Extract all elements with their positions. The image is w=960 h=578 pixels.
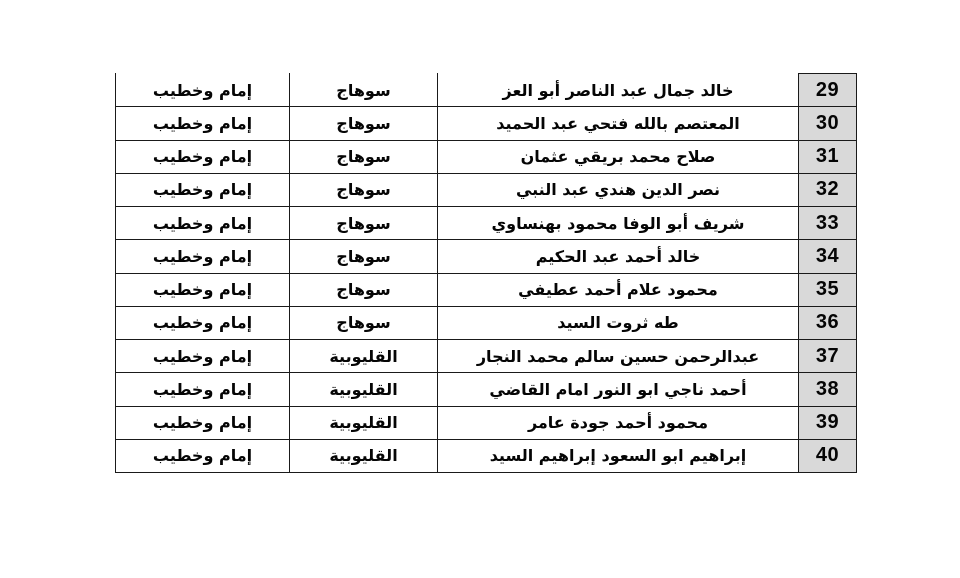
role-cell: إمام وخطيب	[116, 373, 290, 406]
role-cell: إمام وخطيب	[116, 207, 290, 240]
row-number-cell: 31	[799, 140, 857, 173]
table-row: 37 عبدالرحمن حسين سالم محمد النجار القلي…	[116, 340, 857, 373]
roster-table-body: 29 خالد جمال عبد الناصر أبو العز سوهاج إ…	[116, 74, 857, 473]
row-number-cell: 30	[799, 107, 857, 140]
role-cell: إمام وخطيب	[116, 74, 290, 107]
name-cell: خالد أحمد عبد الحكيم	[438, 240, 799, 273]
name-cell: خالد جمال عبد الناصر أبو العز	[438, 74, 799, 107]
role-cell: إمام وخطيب	[116, 140, 290, 173]
table-row: 30 المعتصم بالله فتحي عبد الحميد سوهاج إ…	[116, 107, 857, 140]
table-row: 34 خالد أحمد عبد الحكيم سوهاج إمام وخطيب	[116, 240, 857, 273]
row-number-cell: 34	[799, 240, 857, 273]
governorate-cell: سوهاج	[290, 74, 438, 107]
governorate-cell: سوهاج	[290, 107, 438, 140]
table-row: 39 محمود أحمد جودة عامر القليوبية إمام و…	[116, 406, 857, 439]
name-cell: صلاح محمد بريقي عثمان	[438, 140, 799, 173]
row-number-cell: 29	[799, 74, 857, 107]
name-cell: إبراهيم ابو السعود إبراهيم السيد	[438, 439, 799, 472]
row-number-cell: 36	[799, 306, 857, 339]
table-row: 40 إبراهيم ابو السعود إبراهيم السيد القل…	[116, 439, 857, 472]
table-row: 29 خالد جمال عبد الناصر أبو العز سوهاج إ…	[116, 74, 857, 107]
role-cell: إمام وخطيب	[116, 107, 290, 140]
name-cell: عبدالرحمن حسين سالم محمد النجار	[438, 340, 799, 373]
name-cell: محمود علام أحمد عطيفي	[438, 273, 799, 306]
name-cell: المعتصم بالله فتحي عبد الحميد	[438, 107, 799, 140]
row-number-cell: 32	[799, 173, 857, 206]
governorate-cell: سوهاج	[290, 240, 438, 273]
row-number-cell: 38	[799, 373, 857, 406]
table-row: 31 صلاح محمد بريقي عثمان سوهاج إمام وخطي…	[116, 140, 857, 173]
governorate-cell: سوهاج	[290, 140, 438, 173]
table-row: 33 شريف أبو الوفا محمود بهنساوي سوهاج إم…	[116, 207, 857, 240]
governorate-cell: القليوبية	[290, 406, 438, 439]
row-number-cell: 40	[799, 439, 857, 472]
row-number-cell: 35	[799, 273, 857, 306]
role-cell: إمام وخطيب	[116, 273, 290, 306]
governorate-cell: سوهاج	[290, 207, 438, 240]
table-row: 32 نصر الدين هندي عبد النبي سوهاج إمام و…	[116, 173, 857, 206]
document-page: 29 خالد جمال عبد الناصر أبو العز سوهاج إ…	[0, 0, 960, 578]
governorate-cell: سوهاج	[290, 173, 438, 206]
name-cell: أحمد ناجي ابو النور امام القاضي	[438, 373, 799, 406]
role-cell: إمام وخطيب	[116, 306, 290, 339]
table-row: 36 طه ثروت السيد سوهاج إمام وخطيب	[116, 306, 857, 339]
table-row: 38 أحمد ناجي ابو النور امام القاضي القلي…	[116, 373, 857, 406]
name-cell: شريف أبو الوفا محمود بهنساوي	[438, 207, 799, 240]
role-cell: إمام وخطيب	[116, 240, 290, 273]
role-cell: إمام وخطيب	[116, 173, 290, 206]
role-cell: إمام وخطيب	[116, 406, 290, 439]
name-cell: نصر الدين هندي عبد النبي	[438, 173, 799, 206]
governorate-cell: سوهاج	[290, 306, 438, 339]
governorate-cell: القليوبية	[290, 439, 438, 472]
governorate-cell: القليوبية	[290, 373, 438, 406]
governorate-cell: سوهاج	[290, 273, 438, 306]
row-number-cell: 39	[799, 406, 857, 439]
role-cell: إمام وخطيب	[116, 340, 290, 373]
name-cell: طه ثروت السيد	[438, 306, 799, 339]
name-cell: محمود أحمد جودة عامر	[438, 406, 799, 439]
table-row: 35 محمود علام أحمد عطيفي سوهاج إمام وخطي…	[116, 273, 857, 306]
imams-roster-table: 29 خالد جمال عبد الناصر أبو العز سوهاج إ…	[115, 73, 857, 473]
role-cell: إمام وخطيب	[116, 439, 290, 472]
row-number-cell: 33	[799, 207, 857, 240]
governorate-cell: القليوبية	[290, 340, 438, 373]
row-number-cell: 37	[799, 340, 857, 373]
